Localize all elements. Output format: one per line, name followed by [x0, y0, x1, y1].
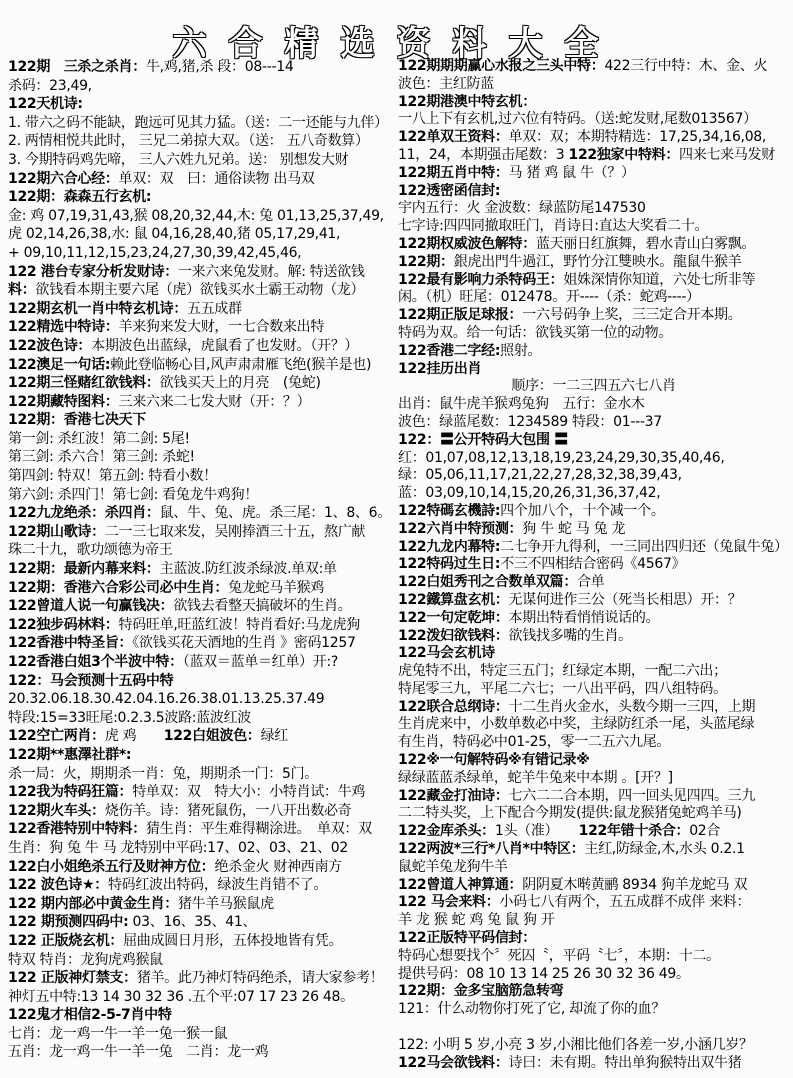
text-line: 122独步码林料：特码旺单,旺蓝红波！特肖看好:马龙虎狗	[8, 616, 394, 635]
line-text: 羊来狗来发大财，一七合数来出特	[119, 319, 325, 335]
line-text: 猪羊。此乃神灯特码绝杀，请大家参考！	[137, 970, 384, 986]
text-line: 122 马会来料：小码七八有两个，五五成群不成伴 来料：	[398, 894, 789, 912]
line-heading: 料：	[8, 282, 35, 298]
text-line: 122期：香港七决天下	[8, 411, 394, 430]
text-line: 波色：主红防蓝	[398, 76, 789, 94]
text-line: 122精选中特诗：羊来狗来发大财，一七合数来出特	[8, 318, 394, 337]
line-heading: 122精选中特诗：	[8, 319, 119, 335]
text-line: 蓝：03,09,10,14,15,20,26,31,36,37,42,	[398, 485, 789, 503]
text-line: 122六肖中特预测：狗 牛 蛇 马 兔 龙	[398, 521, 789, 539]
line-heading: 122特碼玄機詩:	[398, 503, 500, 519]
text-line: 122香港中特圣旨：《欲钱买花天酒地的生肖 》密码1257	[8, 634, 394, 653]
line-text: 生肖：狗 兔 牛 马 龙特别中平码:17、02、03、21、02	[8, 840, 348, 856]
line-text: 鼠蛇羊兔龙狗牛羊	[398, 859, 508, 875]
text-line: 122期：金多宝脑筋急转弯	[398, 983, 789, 1001]
line-heading: 122空亡两肖：	[8, 728, 105, 744]
line-heading: 122香港特别中特料：	[8, 821, 146, 837]
line-text: 绝杀金火 财神西南方	[214, 859, 341, 875]
line-text: 二七争开九得利，一三同出四归还（兔鼠牛兔）	[500, 539, 788, 555]
text-line: 122期六合心经：单双：双 曰：通俗读物 出马双	[8, 170, 394, 189]
line-heading: 122 正版神灯禁支：	[8, 970, 137, 986]
text-line: 122一句定乾坤：本期出特看悄悄说话的。	[398, 610, 789, 628]
line-text: 七肖：龙一鸡一牛一羊一兔一猴一鼠	[8, 1026, 227, 1042]
line-text: 合单	[577, 574, 604, 590]
text-line: 122藏金打油诗：七六二二合本期，四一回头见四四。三九	[398, 788, 789, 806]
line-heading: 122 期内部必中黄金生肖：	[8, 896, 178, 912]
line-heading: 122※一句解特码※有错记录※	[398, 752, 590, 768]
line-text: 顺序：一二三四五六七八肖	[511, 378, 675, 394]
page-title: 六合精选资料大全	[0, 0, 793, 56]
line-heading: 122九龙绝杀：杀四肖：	[8, 505, 160, 521]
text-line: 3. 今期特码鸡先啼， 三人六姓九兄弟。送： 别想发大财	[8, 151, 394, 170]
text-line: 七肖：龙一鸡一牛一羊一兔一猴一鼠	[8, 1025, 394, 1044]
line-text: 虎 02,14,26,38,水: 鼠 04,16,28,40,猪 05,17,2…	[8, 226, 340, 242]
line-heading: 122鐵算盘玄机：	[398, 592, 509, 608]
line-heading: 122正版特平码信封：	[398, 930, 536, 946]
text-line: 20.32.06.18.30.42.04.16.26.38.01.13.25.3…	[8, 690, 394, 709]
line-text: 特双 特肖：龙狗虎鸡猴鼠	[8, 952, 163, 968]
line-heading: 122期五肖中特：	[398, 165, 509, 181]
text-line: 122期：銀虎出門牛過江，野竹分江雙映水。龍鼠牛猴羊	[398, 254, 789, 272]
line-heading: 122马会欲钱料：	[398, 1055, 509, 1071]
line-heading: 122期藏特图料：	[8, 394, 119, 410]
text-line: 122期港澳中特玄机：	[398, 94, 789, 112]
text-line: 122 正版烧玄机：屈曲成圆日月形，五体投地皆有凭。	[8, 932, 394, 951]
line-text: 銀虎出門牛過江，野竹分江雙映水。龍鼠牛猴羊	[454, 254, 742, 270]
text-line: 金: 鸡 07,19,31,43,猴 08,20,32,44,木: 兔 01,1…	[8, 207, 394, 226]
text-line: 1. 带六之码不能缺，跑远可见其力猛。（送：二一还能与九伴）	[8, 114, 394, 133]
text-line: 料：欲钱看本期主要六尾（虎）欲钱买水土霸王动物（龙）	[8, 281, 394, 300]
text-line: 122正版特平码信封：	[398, 930, 789, 948]
line-heading: 122我为特码狂篇：	[8, 784, 132, 800]
text-line: 122马会欲钱料：诗曰：未有期。特出单狗猴特出双牛猪	[398, 1055, 789, 1073]
text-line: 122特碼玄機詩:四个加八个，十个减一个。	[398, 503, 789, 521]
line-heading: 122期山歌诗：	[8, 524, 105, 540]
line-text: 欲钱找多嘴的生肖。	[509, 628, 632, 644]
text-line: 绿：05,06,11,17,21,22,27,28,32,38,39,43,	[398, 467, 789, 485]
line-text: 波色：主红防蓝	[398, 76, 494, 92]
line-heading: 122天机诗:	[8, 96, 83, 112]
text-line: 122曾道人说一句赢钱决：欲钱去看整天搞破坏的生肖。	[8, 597, 394, 616]
line-heading: 122期：香港七决天下	[8, 412, 146, 428]
line-text: 提供号码：08 10 13 14 25 26 30 32 36 49。	[398, 966, 690, 982]
text-line: 122空亡两肖：虎 鸡 122白姐波色：绿红	[8, 727, 394, 746]
line-text: 虎 鸡	[105, 728, 164, 744]
line-text: 出肖：鼠牛虎羊猴鸡兔狗 五行：金水木	[398, 396, 645, 412]
text-line: 七字诗:四四同撤取旺门，肖诗日:直达大奖看二十。	[398, 218, 789, 236]
text-line: 2. 两情相悦共此时， 三兄二弟掠大双。（送： 五八奇数算）	[8, 132, 394, 151]
text-line: 122期藏特图料：三来六来二七发大财（开：？）	[8, 393, 394, 412]
line-heading: 122期权威波色解特：	[398, 236, 536, 252]
text-line: 122白小姐绝杀五行及财神方位：绝杀金火 财神西南方	[8, 858, 394, 877]
line-text: 闲。（机）旺尾：012478。开----（杀：蛇鸡----）	[398, 289, 700, 305]
text-line: 第四剑: 特双！第五剑: 特看小数！	[8, 467, 394, 486]
line-heading: 122 正版烧玄机：	[8, 933, 123, 949]
left-column: 122期 三杀之杀肖：牛,鸡,猪,杀 段：08---14杀码：23,49,122…	[8, 58, 394, 1072]
line-text: 生肖虎来中，小数单数必中奖，主绿防红杀一尾，头蓝尾绿	[398, 716, 754, 732]
line-text: 20.32.06.18.30.42.04.16.26.38.01.13.25.3…	[8, 691, 324, 707]
line-heading: 122香港二字经:	[398, 343, 500, 359]
line-text: 02合	[689, 823, 720, 839]
line-heading: 122 港台专家分析发财诗：	[8, 264, 178, 280]
line-text: 诗曰：未有期。特出单狗猴特出双牛猪	[509, 1055, 742, 1071]
line-text: 波色：绿蓝尾数：1234589 特段：01---37	[398, 414, 662, 430]
line-heading: 122最有影响力杀特码王：	[398, 272, 563, 288]
line-text: + 09,10,11,12,15,23,24,27,30,39,42,45,46…	[8, 245, 301, 261]
text-line: 波色：绿蓝尾数：1234589 特段：01---37	[398, 414, 789, 432]
text-line	[398, 1019, 789, 1037]
line-text: 虎兔特不出，特定三五门；红绿定本期，一配二六出；	[398, 663, 727, 679]
line-heading: 122单双王资料：	[398, 129, 509, 145]
line-text: 《欲钱买花天酒地的生肖 》密码1257	[132, 635, 355, 651]
line-text: 七六二二合本期，四一回头见四四。三九	[509, 788, 756, 804]
text-line: 11，24，本期强击尾数：3 122独家中特料：四来七来马发财	[398, 147, 789, 165]
content-columns: 122期 三杀之杀肖：牛,鸡,猪,杀 段：08---14杀码：23,49,122…	[0, 56, 793, 1072]
line-text: 一六号码争上奖，三三定合开本期。	[522, 307, 741, 323]
line-text: 兔龙蛇马羊猴鸡	[228, 580, 324, 596]
text-line: 122鬼才相信2-5-7肖中特	[8, 1006, 394, 1025]
text-line: 特段:15=33旺尾:0.2.3.5波路:蓝波红波	[8, 709, 394, 728]
line-text: 特码旺单,旺蓝红波！特肖看好:马龙虎狗	[119, 617, 360, 633]
line-heading: 122期：香港六合彩公司必中生肖：	[8, 580, 228, 596]
line-text: 二一三七取来发，吴刚捧酒三十五，熬广献	[105, 524, 365, 540]
line-text: 十二生肖火金水，头数今期一三四，上期	[509, 699, 756, 715]
line-heading: 122透密函信封:	[398, 183, 500, 199]
line-heading: 122一句定乾坤：	[398, 610, 509, 626]
line-text: 单双：双；本期特精选：17,25,34,16,08,	[509, 129, 767, 145]
text-line: 122期山歌诗：二一三七取来发，吴刚捧酒三十五，熬广献	[8, 523, 394, 542]
line-text: （蓝双＝蓝单＝红单）开:?	[183, 654, 338, 670]
line-text: 神灯五中特:13 14 30 32 36 .五个平:07 17 23 26 48…	[8, 989, 354, 1005]
text-line: 122香港白姐3个半波中特：（蓝双＝蓝单＝红单）开:?	[8, 653, 394, 672]
text-line: 122期**惠澤社群*:	[8, 746, 394, 765]
line-heading: 122期：金多宝脑筋急转弯	[398, 983, 563, 999]
text-line: 122波色诗：本期波色出蓝绿，虎鼠看了也发财。（开？）	[8, 337, 394, 356]
text-line: 122特码过生日:不三不四相结合密码《4567》	[398, 556, 789, 574]
line-text: 羊 龙 猴 蛇 鸡 兔 鼠 狗 开	[398, 912, 555, 928]
text-line: 珠二十九，歌功颂德为帝王	[8, 541, 394, 560]
line-heading: 122曾道人说一句赢钱决：	[8, 598, 173, 614]
line-text: 本期出特看悄悄说话的。	[509, 610, 660, 626]
line-heading: 122期三怪赌红欲钱料：	[8, 375, 160, 391]
line-text: 五五成群	[187, 301, 242, 317]
text-line: 五肖：龙一鸡一牛一羊一兔 二肖：龙一鸡	[8, 1043, 394, 1062]
text-line: 122期玄机一肖中特玄机诗：五五成群	[8, 300, 394, 319]
text-line: 第一剑: 杀红波！第二剑: 5尾!	[8, 430, 394, 449]
line-text: 杀一局：火，期期杀一肖：兔，期期杀一门：5门。	[8, 766, 318, 782]
line-heading: 122期：最新内幕来料：	[8, 561, 160, 577]
line-text: 本期波色出蓝绿，虎鼠看了也发财。（开？）	[91, 338, 358, 354]
line-text: 四个加八个，十个减一个。	[500, 503, 664, 519]
line-text: 宇内五行：火 金波数：绿蓝防尾147530	[398, 200, 646, 216]
line-text: 欲钱去看整天搞破坏的生肖。	[173, 598, 351, 614]
text-line: 122泼妇欲钱料：欲钱找多嘴的生肖。	[398, 628, 789, 646]
line-heading: 122期 三杀之杀肖：	[8, 59, 146, 75]
text-line: 122 期内部必中黄金生肖：猪牛羊马猴鼠虎	[8, 895, 394, 914]
line-heading: 122期正版足球报：	[398, 307, 522, 323]
text-line: 顺序：一二三四五六七八肖	[398, 378, 789, 396]
text-line: 122最有影响力杀特码王：姐姝深情你知道，六处七所非等	[398, 272, 789, 290]
line-text: 鼠、牛、兔、虎。杀三尾：1、8、6。	[160, 505, 391, 521]
text-line: 神灯五中特:13 14 30 32 36 .五个平:07 17 23 26 48…	[8, 988, 394, 1007]
line-text: 单双：双 曰：通俗读物 出马双	[119, 171, 315, 187]
line-text: 1头（准）	[495, 823, 579, 839]
text-line: 121：什么动物你打死了它, 却流了你的血？	[398, 1001, 789, 1019]
line-text: 无谋何进作三公（死当长相思）开：？	[509, 592, 742, 608]
line-text: 红：01,07,08,12,13,18,19,23,24,29,30,35,40…	[398, 450, 725, 466]
text-line: 122鐵算盘玄机：无谋何进作三公（死当长相思）开：？	[398, 592, 789, 610]
line-heading: 122香港白姐3个半波中特：	[8, 654, 183, 670]
line-text: 杀码：23,49,	[8, 78, 92, 94]
line-text: 绿红	[261, 728, 288, 744]
line-text: 一八上下有玄机,过六位有特码。（送:蛇发财,尾数013567）	[398, 111, 757, 127]
text-line: 羊 龙 猴 蛇 鸡 兔 鼠 狗 开	[398, 912, 789, 930]
line-heading: 122期：森森五行玄机:	[8, 189, 151, 205]
text-line: 122澳足一句话:赖此登临畅心目,风声肃肃雁飞绝(猴羊是也)	[8, 356, 394, 375]
line-text: 猪牛羊马猴鼠虎	[178, 896, 274, 912]
text-line: 122天机诗:	[8, 95, 394, 114]
text-line: 虎 02,14,26,38,水: 鼠 04,16,28,40,猪 05,17,2…	[8, 225, 394, 244]
line-text: 五肖：龙一鸡一牛一羊一兔 二肖：龙一鸡	[8, 1044, 268, 1060]
text-line: 特码为双。给一句话：欲钱买第一位的动物。	[398, 325, 789, 343]
page-root: 六合精选资料大全 122期 三杀之杀肖：牛,鸡,猪,杀 段：08---14杀码：…	[0, 0, 793, 1078]
text-line: 122白姐秀刊之合数单双篇：合单	[398, 574, 789, 592]
line-text: 主红,防绿金,木,水头 0.2.1	[584, 841, 744, 857]
line-text: 绿绿蓝蓝杀绿单，蛇羊牛兔来中本期 。[开？]	[398, 770, 673, 786]
line-heading: 122九龙内幕特:	[398, 539, 500, 555]
line-heading: 122独家中特料：	[569, 147, 680, 163]
line-text: 欲钱买天上的月亮 (兔蛇)	[160, 375, 321, 391]
text-line: 一八上下有玄机,过六位有特码。（送:蛇发财,尾数013567）	[398, 111, 789, 129]
line-heading: 122金库杀头：	[398, 823, 495, 839]
line-heading: 122藏金打油诗：	[398, 788, 509, 804]
line-text: 珠二十九，歌功颂德为帝王	[8, 542, 172, 558]
line-text: 二二特头奖，上下配合今期发(提供:鼠龙猴猪兔蛇鸡羊马)	[398, 805, 742, 821]
line-text: 特码红波出特码，绿波生肖错不了。	[108, 877, 327, 893]
line-heading: 122：马会预测十五码中特	[8, 673, 173, 689]
text-line: 122※一句解特码※有错记录※	[398, 752, 789, 770]
text-line: 杀一局：火，期期杀一肖：兔，期期杀一门：5门。	[8, 765, 394, 784]
line-text: 烧伤羊。诗：猪死鼠伤，一八开出数必奇	[105, 803, 352, 819]
text-line: 第三剑: 杀六合！第三剑: 杀蛇!	[8, 448, 394, 467]
line-heading: 122白姐波色：	[164, 728, 261, 744]
text-line: 122期权威波色解特：蓝天丽日红旗舞，碧水青山白雾飘。	[398, 236, 789, 254]
line-text: 特码为双。给一句话：欲钱买第一位的动物。	[398, 325, 672, 341]
text-line: 122挂历出肖	[398, 361, 789, 379]
text-line: 有生肖，特码必中01-25，零一二五六九尾。	[398, 734, 789, 752]
line-text: 照射。	[500, 343, 541, 359]
line-text: 2. 两情相悦共此时， 三兄二弟掠大双。（送： 五八奇数算）	[8, 133, 369, 149]
line-text: 欲钱看本期主要六尾（虎）欲钱买水土霸王动物（龙）	[35, 282, 364, 298]
text-line: 122期：最新内幕来料：主蓝波.防红波杀绿波.单双:单	[8, 560, 394, 579]
line-text: 第一剑: 杀红波！第二剑: 5尾!	[8, 431, 190, 447]
line-text: 阴阴夏木啭黄鹂 8934 狗羊龙蛇马 双	[522, 877, 747, 893]
line-heading: 122期期期赢心水报之三头中特：	[398, 58, 604, 74]
text-line: 122香港特别中特料：猜生肖：平生难得糊涂进。 单双：双	[8, 820, 394, 839]
text-line: 122 港台专家分析发财诗：一来六来兔发财。解: 特送欲钱	[8, 263, 394, 282]
line-text: 七字诗:四四同撤取旺门，肖诗日:直达大奖看二十。	[398, 218, 708, 234]
text-line: 出肖：鼠牛虎羊猴鸡兔狗 五行：金水木	[398, 396, 789, 414]
text-line: 122我为特码狂篇：特单双：双 特大小：小特肖试：牛鸡	[8, 783, 394, 802]
line-heading: 122特码过生日:	[398, 556, 500, 572]
line-text: 3. 今期特码鸡先啼， 三人六姓九兄弟。送： 别想发大财	[8, 152, 348, 168]
line-heading: 122联合总纲诗：	[398, 699, 509, 715]
line-text: 金: 鸡 07,19,31,43,猴 08,20,32,44,木: 兔 01,1…	[8, 208, 384, 224]
line-text: 第四剑: 特双！第五剑: 特看小数！	[8, 468, 217, 484]
line-text: 屈曲成圆日月形，五体投地皆有凭。	[123, 933, 342, 949]
text-line: 122 波色诗★：特码红波出特码，绿波生肖错不了。	[8, 876, 394, 895]
line-heading: 122期：	[398, 254, 454, 270]
line-text: 1. 带六之码不能缺，跑远可见其力猛。（送：二一还能与九伴）	[8, 115, 388, 131]
line-heading: 122白小姐绝杀五行及财神方位：	[8, 859, 214, 875]
text-line: 122九龙内幕特:二七争开九得利，一三同出四归还（兔鼠牛兔）	[398, 539, 789, 557]
line-text: 第三剑: 杀六合！第三剑: 杀蛇!	[8, 449, 195, 465]
text-line: 122期：香港六合彩公司必中生肖：兔龙蛇马羊猴鸡	[8, 579, 394, 598]
line-heading: 122白姐秀刊之合数单双篇：	[398, 574, 577, 590]
line-text: 03、16、35、41、	[128, 914, 256, 930]
line-heading: 122鬼才相信2-5-7肖中特	[8, 1007, 172, 1023]
line-text: 马 猪 鸡 鼠 牛（？）	[509, 165, 635, 181]
line-heading: 122两波*三行*八肖*中特区：	[398, 841, 584, 857]
text-line: 122期正版足球报：一六号码争上奖，三三定合开本期。	[398, 307, 789, 325]
text-line: 特尾零三九，平尾二六七；一八出平码，四八组特码。	[398, 681, 789, 699]
line-text: 122: 小明 5 岁,小亮 3 岁,小湘比他们各差一岁,小涵几岁？	[398, 1037, 753, 1053]
text-line: 122香港二字经:照射。	[398, 343, 789, 361]
text-line: 122单双王资料：单双：双；本期特精选：17,25,34,16,08,	[398, 129, 789, 147]
line-heading: 122挂历出肖	[398, 361, 481, 377]
line-text: 蓝：03,09,10,14,15,20,26,31,36,37,42,	[398, 485, 660, 501]
text-line: 122: 小明 5 岁,小亮 3 岁,小湘比他们各差一岁,小涵几岁？	[398, 1037, 789, 1055]
text-line: 鼠蛇羊兔龙狗牛羊	[398, 859, 789, 877]
line-text: 狗 牛 蛇 马 兔 龙	[522, 521, 625, 537]
line-text: 三来六来二七发大财（开：？）	[119, 394, 311, 410]
text-line: 二二特头奖，上下配合今期发(提供:鼠龙猴猪兔蛇鸡羊马)	[398, 805, 789, 823]
line-heading: 122年错十杀合：	[579, 823, 690, 839]
text-line: 122期期期赢心水报之三头中特：422三行中特：木、金、火	[398, 58, 789, 76]
text-line: 122期三怪赌红欲钱料：欲钱买天上的月亮 (兔蛇)	[8, 374, 394, 393]
line-heading: 122六肖中特预测：	[398, 521, 522, 537]
text-line: 122期：森森五行玄机:	[8, 188, 394, 207]
right-column: 122期期期赢心水报之三头中特：422三行中特：木、金、火波色：主红防蓝122期…	[394, 58, 789, 1072]
line-text: 小码七八有两个，五五成群不成伴 来料：	[499, 894, 750, 910]
text-line: 特码心想要找个〞死囚〝，平码〝七〞，本期：十二。	[398, 948, 789, 966]
text-line: 122马会玄机诗	[398, 645, 789, 663]
text-line: 杀码：23,49,	[8, 77, 394, 96]
line-text: 姐姝深情你知道，六处七所非等	[563, 272, 755, 288]
line-heading: 122波色诗：	[8, 338, 91, 354]
line-text: 赖此登临畅心目,风声肃肃雁飞绝(猴羊是也)	[110, 357, 371, 373]
line-text: 蓝天丽日红旗舞，碧水青山白雾飘。	[536, 236, 755, 252]
text-line: 闲。（机）旺尾：012478。开----（杀：蛇鸡----）	[398, 289, 789, 307]
text-line: 生肖：狗 兔 牛 马 龙特别中平码:17、02、03、21、02	[8, 839, 394, 858]
line-heading: 122期火车头：	[8, 803, 105, 819]
line-heading: 122泼妇欲钱料：	[398, 628, 509, 644]
line-heading: 122 马会来料：	[398, 894, 499, 910]
line-text: 有生肖，特码必中01-25，零一二五六九尾。	[398, 734, 670, 750]
text-line: 提供号码：08 10 13 14 25 26 30 32 36 49。	[398, 966, 789, 984]
text-line: 122 期预测四码中: 03、16、35、41、	[8, 913, 394, 932]
line-text: 特段:15=33旺尾:0.2.3.5波路:蓝波红波	[8, 710, 251, 726]
text-line: 122期火车头：烧伤羊。诗：猪死鼠伤，一八开出数必奇	[8, 802, 394, 821]
line-heading: 122期六合心经：	[8, 171, 119, 187]
text-line: 122期五肖中特：马 猪 鸡 鼠 牛（？）	[398, 165, 789, 183]
line-heading: 122期**惠澤社群*:	[8, 747, 131, 763]
line-text: 特码心想要找个〞死囚〝，平码〝七〞，本期：十二。	[398, 948, 720, 964]
line-heading: 122 期预测四码中:	[8, 914, 128, 930]
text-line: 122联合总纲诗：十二生肖火金水，头数今期一三四，上期	[398, 699, 789, 717]
line-text: 422三行中特：木、金、火	[604, 58, 767, 74]
line-text: 第六剑: 杀四门！第七剑: 看兔龙牛鸡狗！	[8, 487, 258, 503]
text-line: 特双 特肖：龙狗虎鸡猴鼠	[8, 951, 394, 970]
text-line: 122 正版神灯禁支：猪羊。此乃神灯特码绝杀，请大家参考！	[8, 969, 394, 988]
text-line: 122两波*三行*八肖*中特区：主红,防绿金,木,水头 0.2.1	[398, 841, 789, 859]
text-line: 122金库杀头：1头（准） 122年错十杀合：02合	[398, 823, 789, 841]
text-line: 生肖虎来中，小数单数必中奖，主绿防红杀一尾，头蓝尾绿	[398, 716, 789, 734]
text-line: 虎兔特不出，特定三五门；红绿定本期，一配二六出；	[398, 663, 789, 681]
text-line: 122期 三杀之杀肖：牛,鸡,猪,杀 段：08---14	[8, 58, 394, 77]
text-line: 宇内五行：火 金波数：绿蓝防尾147530	[398, 200, 789, 218]
text-line: 绿绿蓝蓝杀绿单，蛇羊牛兔来中本期 。[开？]	[398, 770, 789, 788]
line-text: 特单双：双 特大小：小特肖试：牛鸡	[132, 784, 365, 800]
line-text: 特尾零三九，平尾二六七；一八出平码，四八组特码。	[398, 681, 727, 697]
line-text: 121：什么动物你打死了它, 却流了你的血？	[398, 1001, 665, 1017]
line-heading: 122 波色诗★：	[8, 877, 108, 893]
line-heading: 122期玄机一肖中特玄机诗：	[8, 301, 187, 317]
line-text: 猜生肖：平生难得糊涂进。 单双：双	[146, 821, 372, 837]
line-heading: 122澳足一句话:	[8, 357, 110, 373]
line-text: 不三不四相结合密码《4567》	[500, 556, 685, 572]
line-text: 绿：05,06,11,17,21,22,27,28,32,38,39,43,	[398, 467, 682, 483]
text-line: 122：〓公开特码大包围 〓	[398, 432, 789, 450]
text-line: + 09,10,11,12,15,23,24,27,30,39,42,45,46…	[8, 244, 394, 263]
text-line: 122九龙绝杀：杀四肖：鼠、牛、兔、虎。杀三尾：1、8、6。	[8, 504, 394, 523]
line-heading: 122期港澳中特玄机：	[398, 94, 536, 110]
text-line: 第六剑: 杀四门！第七剑: 看兔龙牛鸡狗！	[8, 486, 394, 505]
line-heading: 122独步码林料：	[8, 617, 119, 633]
line-text: 四来七来马发财	[679, 147, 775, 163]
text-line: 红：01,07,08,12,13,18,19,23,24,29,30,35,40…	[398, 450, 789, 468]
line-heading: 122马会玄机诗	[398, 645, 495, 661]
text-line: 122透密函信封:	[398, 183, 789, 201]
text-line: 122曾道人神算通：阴阴夏木啭黄鹂 8934 狗羊龙蛇马 双	[398, 877, 789, 895]
line-text: 牛,鸡,猪,杀 段：08---14	[146, 59, 294, 75]
line-text: 一来六来兔发财。解: 特送欲钱	[178, 264, 365, 280]
line-heading: 122曾道人神算通：	[398, 877, 522, 893]
line-heading: 122：〓公开特码大包围 〓	[398, 432, 568, 448]
line-heading: 122香港中特圣旨：	[8, 635, 132, 651]
line-text: 11，24，本期强击尾数：3	[398, 147, 569, 163]
text-line: 122：马会预测十五码中特	[8, 672, 394, 691]
line-text: 主蓝波.防红波杀绿波.单双:单	[160, 561, 337, 577]
